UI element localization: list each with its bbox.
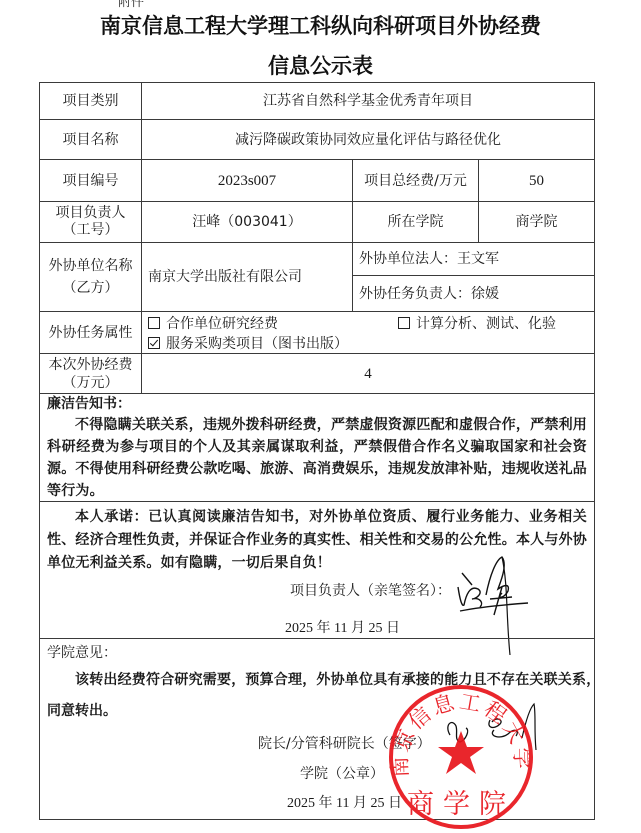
task-type-label: 外协任务属性: [39, 311, 142, 354]
college-opinion-heading: 学院意见：: [47, 642, 587, 664]
total-budget-label: 项目总经费/万元: [352, 159, 479, 202]
college-label: 所在学院: [352, 201, 479, 243]
document-subtitle: 信息公示表: [0, 50, 641, 80]
partner-label-line2: （乙方）: [63, 277, 119, 299]
attachment-label: 附件: [118, 0, 144, 10]
project-number-label: 项目编号: [39, 159, 142, 202]
principal-value: 汪峰（003041）: [141, 201, 353, 243]
principal-label-line2: （工号）: [63, 222, 119, 239]
college-seal-stamp-icon: 南京信息工程大学 商学院: [388, 683, 534, 831]
project-category-value: 江苏省自然科学基金优秀青年项目: [141, 82, 595, 120]
task-option-label: 服务采购类项目（图书出版）: [166, 336, 348, 352]
task-option-analysis-testing[interactable]: 计算分析、测试、化验: [398, 313, 556, 333]
integrity-notice-section: 廉洁告知书： 不得隐瞒关联关系，违规外拨科研经费，严禁虚假资源匹配和虚假合作，严…: [39, 393, 595, 502]
task-option-cooperative-research[interactable]: 合作单位研究经费: [148, 313, 278, 333]
task-option-label: 合作单位研究经费: [166, 316, 278, 332]
this-amount-label-line2: （万元）: [63, 374, 119, 392]
project-category-label: 项目类别: [39, 82, 142, 120]
partner-label-line1: 外协单位名称: [49, 255, 133, 277]
principal-signature-label: 项目负责人（亲笔签名）：: [290, 580, 451, 600]
project-name-value: 减污降碳政策协同效应量化评估与路径优化: [141, 119, 595, 160]
partner-name-value: 南京大学出版社有限公司: [141, 242, 353, 312]
integrity-notice-heading: 廉洁告知书：: [47, 394, 587, 414]
commitment-date: 2025 年 11 月 25 日: [285, 617, 400, 637]
integrity-notice-body: 不得隐瞒关联关系，违规外拨科研经费，严禁虚假资源匹配和虚假合作，严禁利用科研经费…: [47, 414, 587, 502]
principal-label-line1: 项目负责人: [56, 205, 126, 222]
svg-text:商学院: 商学院: [407, 789, 515, 820]
checkbox-unchecked-icon[interactable]: [148, 317, 160, 329]
checkbox-unchecked-icon[interactable]: [398, 317, 410, 329]
document-title: 南京信息工程大学理工科纵向科研项目外协经费: [0, 10, 641, 40]
this-amount-label-line1: 本次外协经费: [49, 356, 133, 374]
college-value: 商学院: [478, 201, 595, 243]
this-amount-value: 4: [141, 353, 595, 394]
partner-label: 外协单位名称 （乙方）: [39, 242, 142, 312]
project-name-label: 项目名称: [39, 119, 142, 160]
principal-label: 项目负责人 （工号）: [39, 201, 142, 243]
task-option-label: 计算分析、测试、化验: [416, 316, 556, 332]
this-amount-label: 本次外协经费 （万元）: [39, 353, 142, 394]
partner-task-lead: 外协任务负责人：徐媛: [352, 275, 595, 312]
task-option-service-procurement[interactable]: 服务采购类项目（图书出版）: [148, 333, 348, 353]
project-number-value: 2023s007: [141, 159, 353, 202]
college-opinion-date: 2025 年 11 月 25 日: [287, 792, 402, 812]
total-budget-value: 50: [478, 159, 595, 202]
checkbox-checked-icon[interactable]: [148, 337, 160, 349]
partner-legal-rep: 外协单位法人：王文军: [352, 242, 595, 276]
college-seal-label: 学院（公章）: [300, 763, 384, 783]
